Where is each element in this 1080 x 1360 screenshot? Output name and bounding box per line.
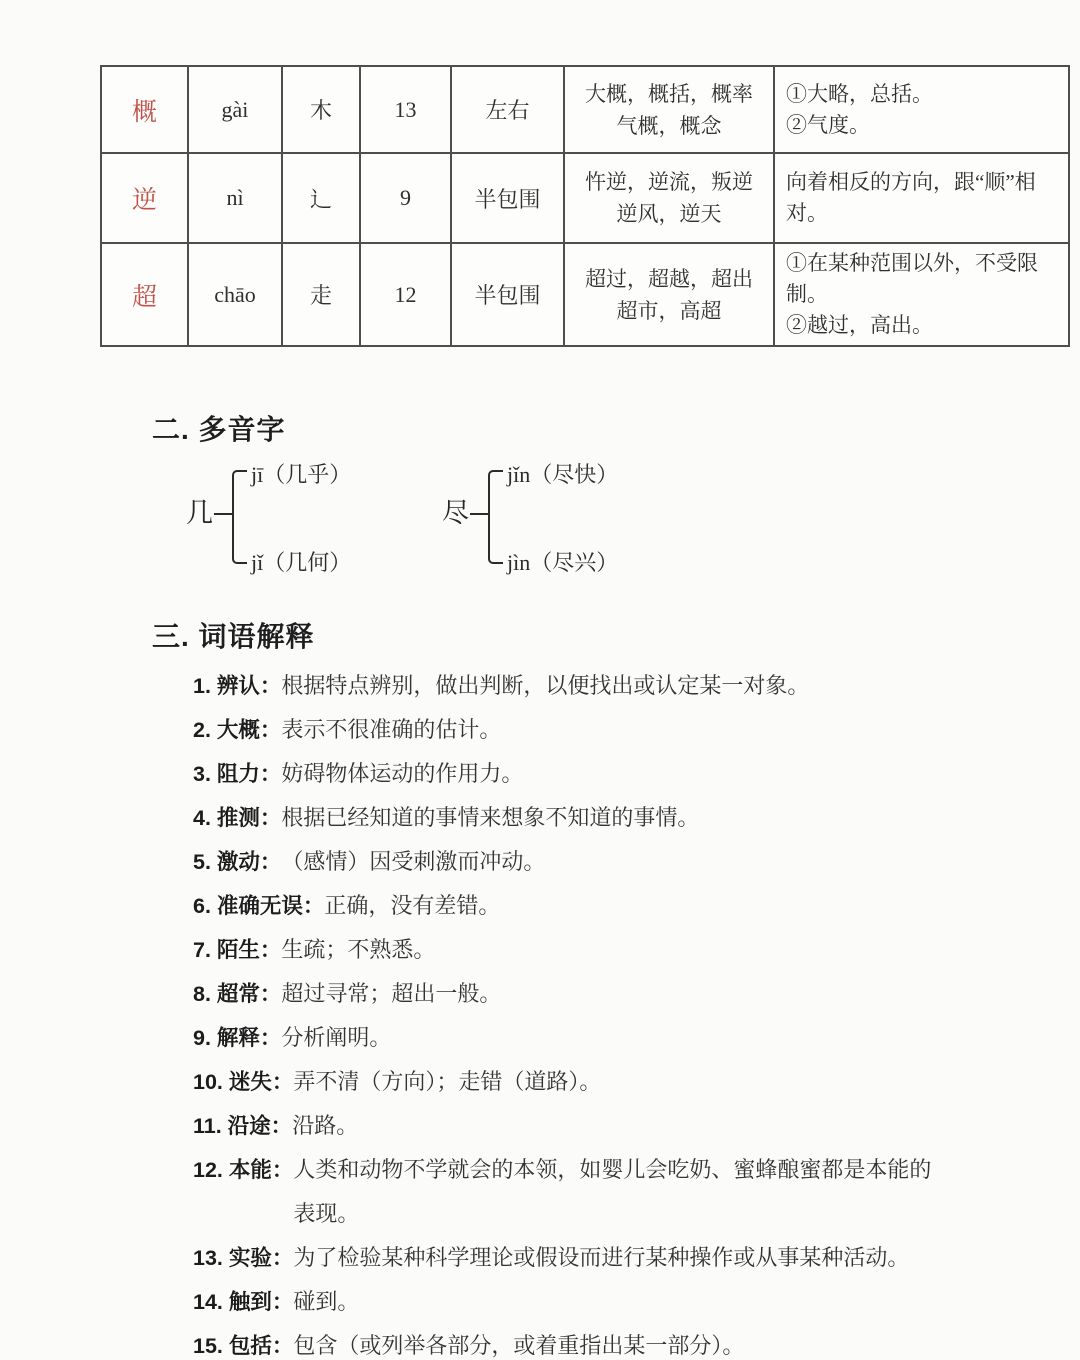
definition-item: 9. 解释： 分析阐明。 — [193, 1016, 935, 1060]
definition-item: 2. 大概： 表示不很准确的估计。 — [193, 708, 935, 752]
pronunciation-top: jǐn（尽快） — [507, 462, 618, 488]
definition-text: 根据已经知道的事情来想象不知道的事情。 — [281, 796, 935, 840]
definition-term: 3. 阻力： — [193, 752, 281, 796]
table-row: 超 chāo 走 12 半包围 超过，超越，超出 超市，高超 ①在某种范围以外，… — [101, 243, 1069, 346]
definition-text: 为了检验某种科学理论或假设而进行某种操作或从事某种活动。 — [293, 1236, 935, 1280]
words-line: 逆风，逆天 — [569, 198, 769, 230]
pinyin-cell: chāo — [188, 243, 282, 346]
words-line: 超市，高超 — [569, 295, 769, 327]
definition-text: 根据特点辨别，做出判断，以便找出或认定某一对象。 — [281, 664, 935, 708]
definition-term: 15. 包括： — [193, 1324, 293, 1360]
definition-text: 生疏；不熟悉。 — [281, 928, 935, 972]
definitions-list: 1. 辨认： 根据特点辨别，做出判断，以便找出或认定某一对象。 2. 大概： 表… — [193, 664, 935, 1360]
radical-cell: 辶 — [282, 153, 360, 243]
meaning-line: 向着相反的方向，跟“顺”相对。 — [786, 167, 1057, 229]
study-sheet-page: 概 gài 木 13 左右 大概，概括，概率 气概，概念 ①大略，总括。 ②气度… — [0, 0, 1080, 1360]
definition-item: 15. 包括： 包含（或列举各部分，或着重指出某一部分）。 — [193, 1324, 935, 1360]
polyphone-character: 尽 — [442, 500, 469, 527]
definition-term: 4. 推测： — [193, 796, 281, 840]
definition-item: 6. 准确无误： 正确，没有差错。 — [193, 884, 935, 928]
definition-text: 沿路。 — [292, 1104, 935, 1148]
character-cell: 超 — [101, 243, 188, 346]
definition-text: 妨碍物体运动的作用力。 — [281, 752, 935, 796]
meaning-line: ①在某种范围以外，不受限制。 — [786, 248, 1057, 310]
radical-cell: 木 — [282, 66, 360, 153]
definition-term: 2. 大概： — [193, 708, 281, 752]
structure-cell: 半包围 — [451, 153, 564, 243]
definition-term: 12. 本能： — [193, 1148, 293, 1192]
definition-text: 表示不很准确的估计。 — [281, 708, 935, 752]
definition-item: 5. 激动： （感情）因受刺激而冲动。 — [193, 840, 935, 884]
definition-item: 4. 推测： 根据已经知道的事情来想象不知道的事情。 — [193, 796, 935, 840]
pronunciation-bottom: jìn（尽兴） — [507, 550, 618, 576]
words-line: 忤逆，逆流，叛逆 — [569, 166, 769, 198]
section-heading-polyphones: 二. 多音字 — [152, 408, 286, 448]
character-cell: 逆 — [101, 153, 188, 243]
pronunciation-bottom: jǐ（几何） — [251, 550, 351, 576]
words-cell: 忤逆，逆流，叛逆 逆风，逆天 — [564, 153, 774, 243]
definition-term: 11. 沿途： — [193, 1104, 292, 1148]
definition-item: 10. 迷失： 弄不清（方向）；走错（道路）。 — [193, 1060, 935, 1104]
polyphone-character: 几 — [186, 500, 213, 527]
definition-term: 13. 实验： — [193, 1236, 293, 1280]
character-cell: 概 — [101, 66, 188, 153]
meaning-line: ②气度。 — [786, 110, 1057, 141]
words-cell: 超过，超越，超出 超市，高超 — [564, 243, 774, 346]
character-table: 概 gài 木 13 左右 大概，概括，概率 气概，概念 ①大略，总括。 ②气度… — [100, 65, 1070, 347]
definition-text: 分析阐明。 — [281, 1016, 935, 1060]
words-line: 超过，超越，超出 — [569, 263, 769, 295]
definition-item: 7. 陌生： 生疏；不熟悉。 — [193, 928, 935, 972]
meaning-line: ①大略，总括。 — [786, 79, 1057, 110]
strokes-cell: 12 — [360, 243, 451, 346]
bracket-connector-line — [214, 513, 233, 515]
strokes-cell: 13 — [360, 66, 451, 153]
pinyin-cell: nì — [188, 153, 282, 243]
definition-item: 13. 实验： 为了检验某种科学理论或假设而进行某种操作或从事某种活动。 — [193, 1236, 935, 1280]
definition-term: 1. 辨认： — [193, 664, 281, 708]
pinyin-cell: gài — [188, 66, 282, 153]
meaning-cell: ①大略，总括。 ②气度。 — [774, 66, 1069, 153]
definition-text: 包含（或列举各部分，或着重指出某一部分）。 — [293, 1324, 935, 1360]
definition-text: 碰到。 — [293, 1280, 935, 1324]
definition-term: 8. 超常： — [193, 972, 281, 1016]
structure-cell: 半包围 — [451, 243, 564, 346]
meaning-line: ②越过，高出。 — [786, 310, 1057, 341]
radical-cell: 走 — [282, 243, 360, 346]
meaning-cell: 向着相反的方向，跟“顺”相对。 — [774, 153, 1069, 243]
strokes-cell: 9 — [360, 153, 451, 243]
words-cell: 大概，概括，概率 气概，概念 — [564, 66, 774, 153]
definition-term: 9. 解释： — [193, 1016, 281, 1060]
words-line: 大概，概括，概率 — [569, 78, 769, 110]
definition-item: 12. 本能： 人类和动物不学就会的本领，如婴儿会吃奶、蜜蜂酿蜜都是本能的表现。 — [193, 1148, 935, 1236]
polyphone-diagram-jin: 尽 jǐn（尽快） jìn（尽兴） — [442, 456, 762, 582]
definition-item: 3. 阻力： 妨碍物体运动的作用力。 — [193, 752, 935, 796]
definition-term: 14. 触到： — [193, 1280, 293, 1324]
definition-item: 14. 触到： 碰到。 — [193, 1280, 935, 1324]
meaning-cell: ①在某种范围以外，不受限制。 ②越过，高出。 — [774, 243, 1069, 346]
definition-term: 7. 陌生： — [193, 928, 281, 972]
structure-cell: 左右 — [451, 66, 564, 153]
bracket-icon — [232, 470, 247, 564]
definition-item: 8. 超常： 超过寻常；超出一般。 — [193, 972, 935, 1016]
pronunciation-top: jī（几乎） — [251, 462, 351, 488]
table-row: 概 gài 木 13 左右 大概，概括，概率 气概，概念 ①大略，总括。 ②气度… — [101, 66, 1069, 153]
table-row: 逆 nì 辶 9 半包围 忤逆，逆流，叛逆 逆风，逆天 向着相反的方向，跟“顺”… — [101, 153, 1069, 243]
definition-item: 11. 沿途： 沿路。 — [193, 1104, 935, 1148]
definition-text: 弄不清（方向）；走错（道路）。 — [293, 1060, 935, 1104]
definition-text: 超过寻常；超出一般。 — [281, 972, 935, 1016]
bracket-connector-line — [470, 513, 489, 515]
bracket-icon — [488, 470, 503, 564]
definition-text: （感情）因受刺激而冲动。 — [281, 840, 935, 884]
definition-term: 10. 迷失： — [193, 1060, 293, 1104]
definition-item: 1. 辨认： 根据特点辨别，做出判断，以便找出或认定某一对象。 — [193, 664, 935, 708]
words-line: 气概，概念 — [569, 110, 769, 142]
definition-text: 人类和动物不学就会的本领，如婴儿会吃奶、蜜蜂酿蜜都是本能的表现。 — [293, 1148, 935, 1236]
section-heading-definitions: 三. 词语解释 — [152, 615, 315, 655]
definition-text: 正确，没有差错。 — [324, 884, 935, 928]
definition-term: 5. 激动： — [193, 840, 281, 884]
definition-term: 6. 准确无误： — [193, 884, 324, 928]
